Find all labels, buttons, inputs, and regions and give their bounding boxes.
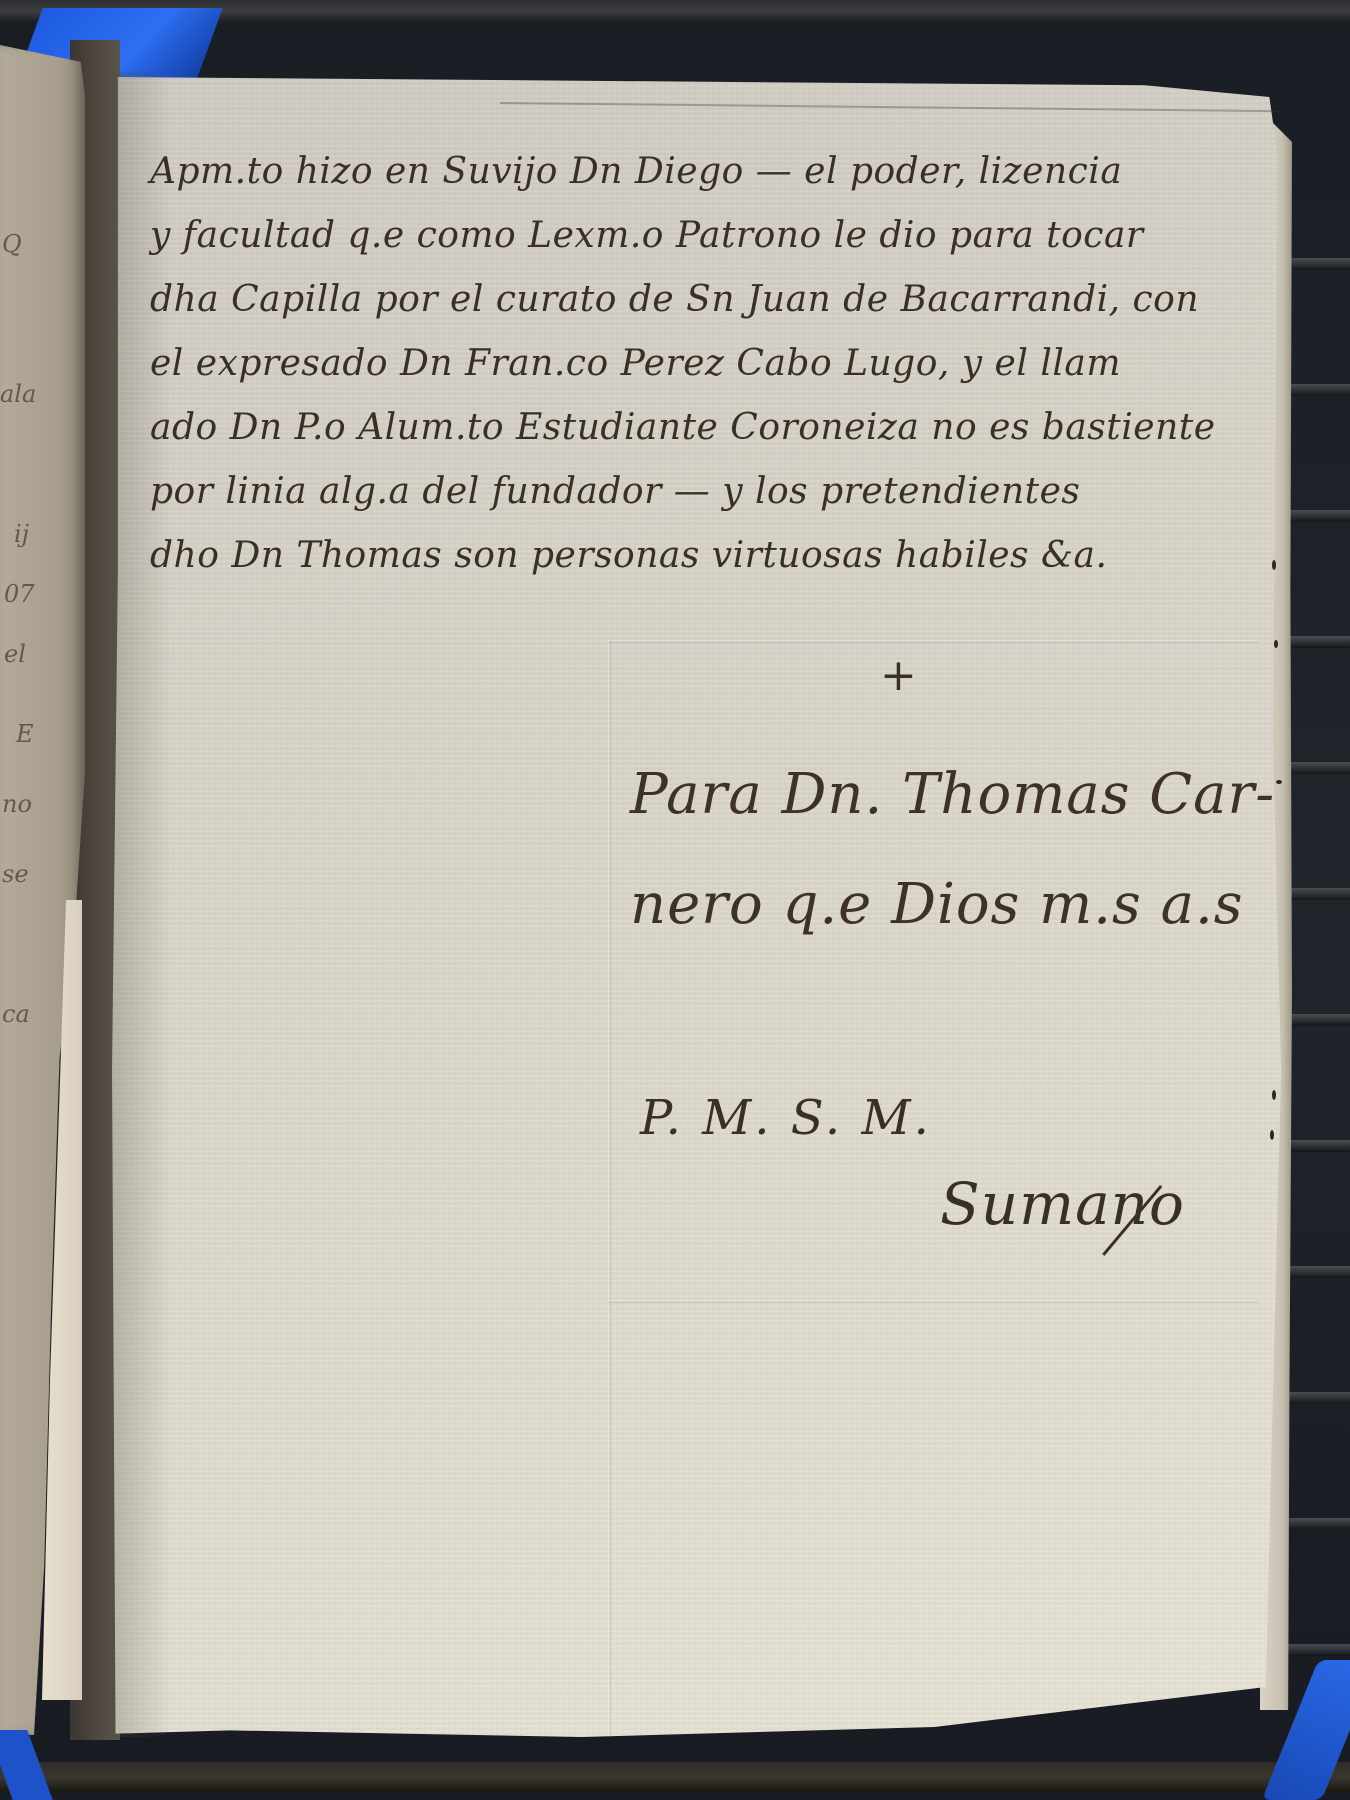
left-page-fragment: ij xyxy=(14,520,29,548)
letter-line: dho Dn Thomas son personas virtuosas hab… xyxy=(150,524,1250,588)
ink-mark xyxy=(1270,1130,1274,1140)
left-page-fragment: Q xyxy=(2,230,22,258)
fold-line-vertical xyxy=(608,640,611,1735)
address-line: nero q.e Dios m.s a.s xyxy=(630,850,1275,960)
photo-scene: Q ala ij 07 el E no se ca Apm.to hizo en… xyxy=(0,0,1350,1800)
fold-line-horizontal xyxy=(608,1300,1258,1303)
letter-body: Apm.to hizo en Suvijo Dn Diego — el pode… xyxy=(150,140,1250,588)
letter-line: y facultad q.e como Lexm.o Patrono le di… xyxy=(150,204,1250,268)
cross-mark: + xyxy=(880,650,917,701)
closing-formula: P. M. S. M. xyxy=(640,1090,932,1146)
left-page-fragment: no xyxy=(2,790,32,818)
left-page-fragment: 07 xyxy=(4,580,35,608)
letter-line: Apm.to hizo en Suvijo Dn Diego — el pode… xyxy=(150,140,1250,204)
letter-line: ado Dn P.o Alum.to Estudiante Coroneiza … xyxy=(150,396,1250,460)
left-page-fragment: ala xyxy=(0,380,36,408)
ink-mark xyxy=(1276,780,1282,784)
left-page-fragment: ca xyxy=(2,1000,30,1028)
letter-line: el expresado Dn Fran.co Perez Cabo Lugo,… xyxy=(150,332,1250,396)
address-line: Para Dn. Thomas Car- xyxy=(630,740,1275,850)
left-page-fragment: el xyxy=(4,640,26,668)
ink-mark xyxy=(1272,1090,1276,1100)
left-page-fragment: E xyxy=(16,720,34,748)
left-page-fragment: se xyxy=(2,860,29,888)
letter-line: por linia alg.a del fundador — y los pre… xyxy=(150,460,1250,524)
ink-mark xyxy=(1272,560,1276,570)
fold-line-horizontal xyxy=(608,640,1258,643)
letter-line: dha Capilla por el curato de Sn Juan de … xyxy=(150,268,1250,332)
ink-mark xyxy=(1274,640,1278,648)
bottom-rail xyxy=(0,1762,1350,1792)
address-block: Para Dn. Thomas Car- nero q.e Dios m.s a… xyxy=(630,740,1275,960)
